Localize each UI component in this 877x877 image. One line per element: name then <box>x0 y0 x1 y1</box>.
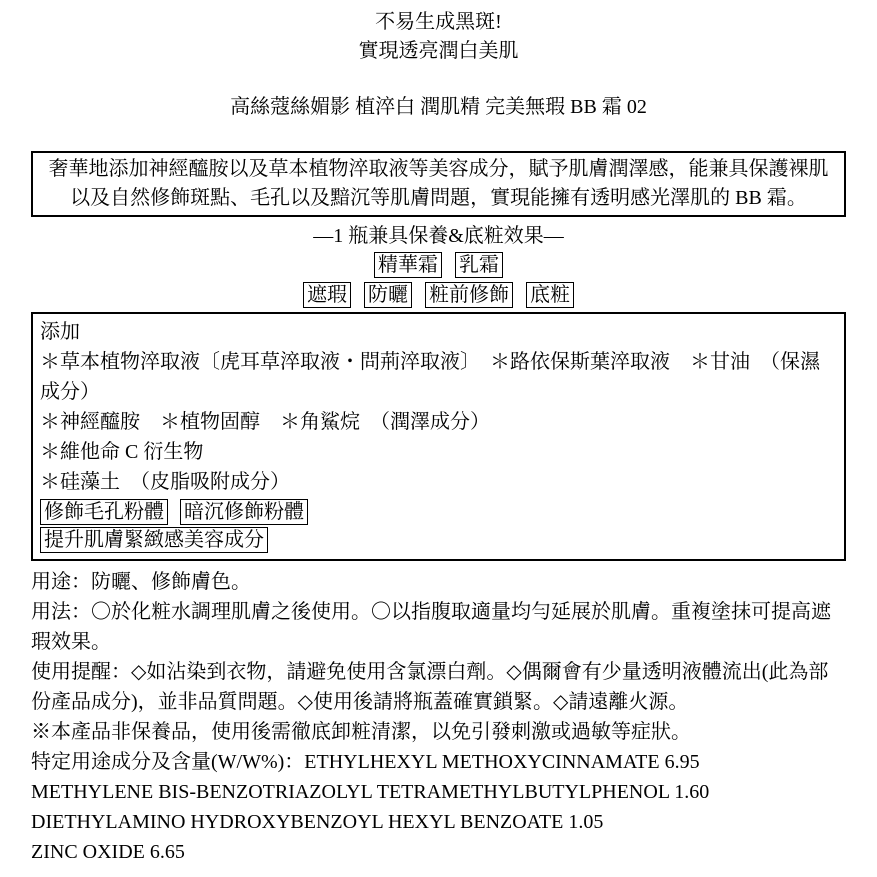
usage-purpose: 用途：防曬、修飾膚色。 <box>31 567 846 597</box>
ingredients-line-vitamin-c: ＊維他命 C 衍生物 <box>40 437 837 467</box>
specific-ingredient-line-3: DIETHYLAMINO HYDROXYBENZOYL HEXYL BENZOA… <box>31 807 846 837</box>
intro-description-text: 奢華地添加神經醯胺以及草本植物淬取液等美容成分，賦予肌膚潤澤感，能兼具保護裸肌以… <box>49 158 829 209</box>
effect-tag-essence-cream: 精華霜 <box>374 252 442 278</box>
specific-ingredient-line-4: ZINC OXIDE 6.65 <box>31 837 846 867</box>
effect-tag-row-1: 精華霜 乳霜 <box>31 252 846 278</box>
effect-tag-foundation: 底粧 <box>526 282 574 308</box>
effect-heading: —1 瓶兼具保養&底粧效果— <box>31 224 846 248</box>
tag-dullness-cover-powder: 暗沉修飾粉體 <box>180 499 308 525</box>
tag-firming-beauty-ingredient: 提升肌膚緊緻感美容成分 <box>40 527 268 553</box>
ingredients-line-emollient: ＊神經醯胺 ＊植物固醇 ＊角鯊烷 （潤澤成分） <box>40 407 837 437</box>
specific-ingredient-line-1: 特定用途成分及含量(W/W%)：ETHYLHEXYL METHOXYCINNAM… <box>31 747 846 777</box>
specific-ingredient-line-2: METHYLENE BIS-BENZOTRIAZOLYL TETRAMETHYL… <box>31 777 846 807</box>
headline-line-2: 實現透亮潤白美肌 <box>31 37 846 66</box>
effect-tag-row-2: 遮瑕 防曬 粧前修飾 底粧 <box>31 282 846 308</box>
tag-pore-cover-powder: 修飾毛孔粉體 <box>40 499 168 525</box>
headline-line-1: 不易生成黑斑! <box>31 8 846 37</box>
ingredients-line-moisturizing: ＊草本植物淬取液〔虎耳草淬取液・問荊淬取液〕 ＊路依保斯葉淬取液 ＊甘油 （保濕… <box>40 347 837 407</box>
usage-note: ※本產品非保養品，使用後需徹底卸粧清潔，以免引發刺激或過敏等症狀。 <box>31 717 846 747</box>
specific-ingredients-section: 特定用途成分及含量(W/W%)：ETHYLHEXYL METHOXYCINNAM… <box>31 747 846 867</box>
ingredients-title: 添加 <box>40 317 837 347</box>
effect-tag-sunscreen: 防曬 <box>364 282 412 308</box>
ingredients-box: 添加 ＊草本植物淬取液〔虎耳草淬取液・問荊淬取液〕 ＊路依保斯葉淬取液 ＊甘油 … <box>31 312 846 561</box>
effect-tag-milk-cream: 乳霜 <box>455 252 503 278</box>
usage-reminder: 使用提醒：◇如沾染到衣物，請避免使用含氯漂白劑。◇偶爾會有少量透明液體流出(此為… <box>31 657 846 717</box>
firming-tag-row: 提升肌膚緊緻感美容成分 <box>40 527 837 553</box>
powder-tag-row: 修飾毛孔粉體 暗沉修飾粉體 <box>40 499 837 525</box>
usage-directions: 用法：〇於化粧水調理肌膚之後使用。〇以指腹取適量均勻延展於肌膚。重複塗抹可提高遮… <box>31 597 846 657</box>
ingredients-line-diatomite: ＊硅藻土 （皮脂吸附成分） <box>40 467 837 497</box>
product-name: 高絲蔻絲媚影 植淬白 潤肌精 完美無瑕 BB 霜 02 <box>31 94 846 120</box>
effect-tag-concealer: 遮瑕 <box>303 282 351 308</box>
product-description-page: 不易生成黑斑! 實現透亮潤白美肌 高絲蔻絲媚影 植淬白 潤肌精 完美無瑕 BB … <box>0 0 877 867</box>
effect-tag-makeup-base: 粧前修飾 <box>425 282 513 308</box>
intro-description-box: 奢華地添加神經醯胺以及草本植物淬取液等美容成分，賦予肌膚潤澤感，能兼具保護裸肌以… <box>31 151 846 217</box>
